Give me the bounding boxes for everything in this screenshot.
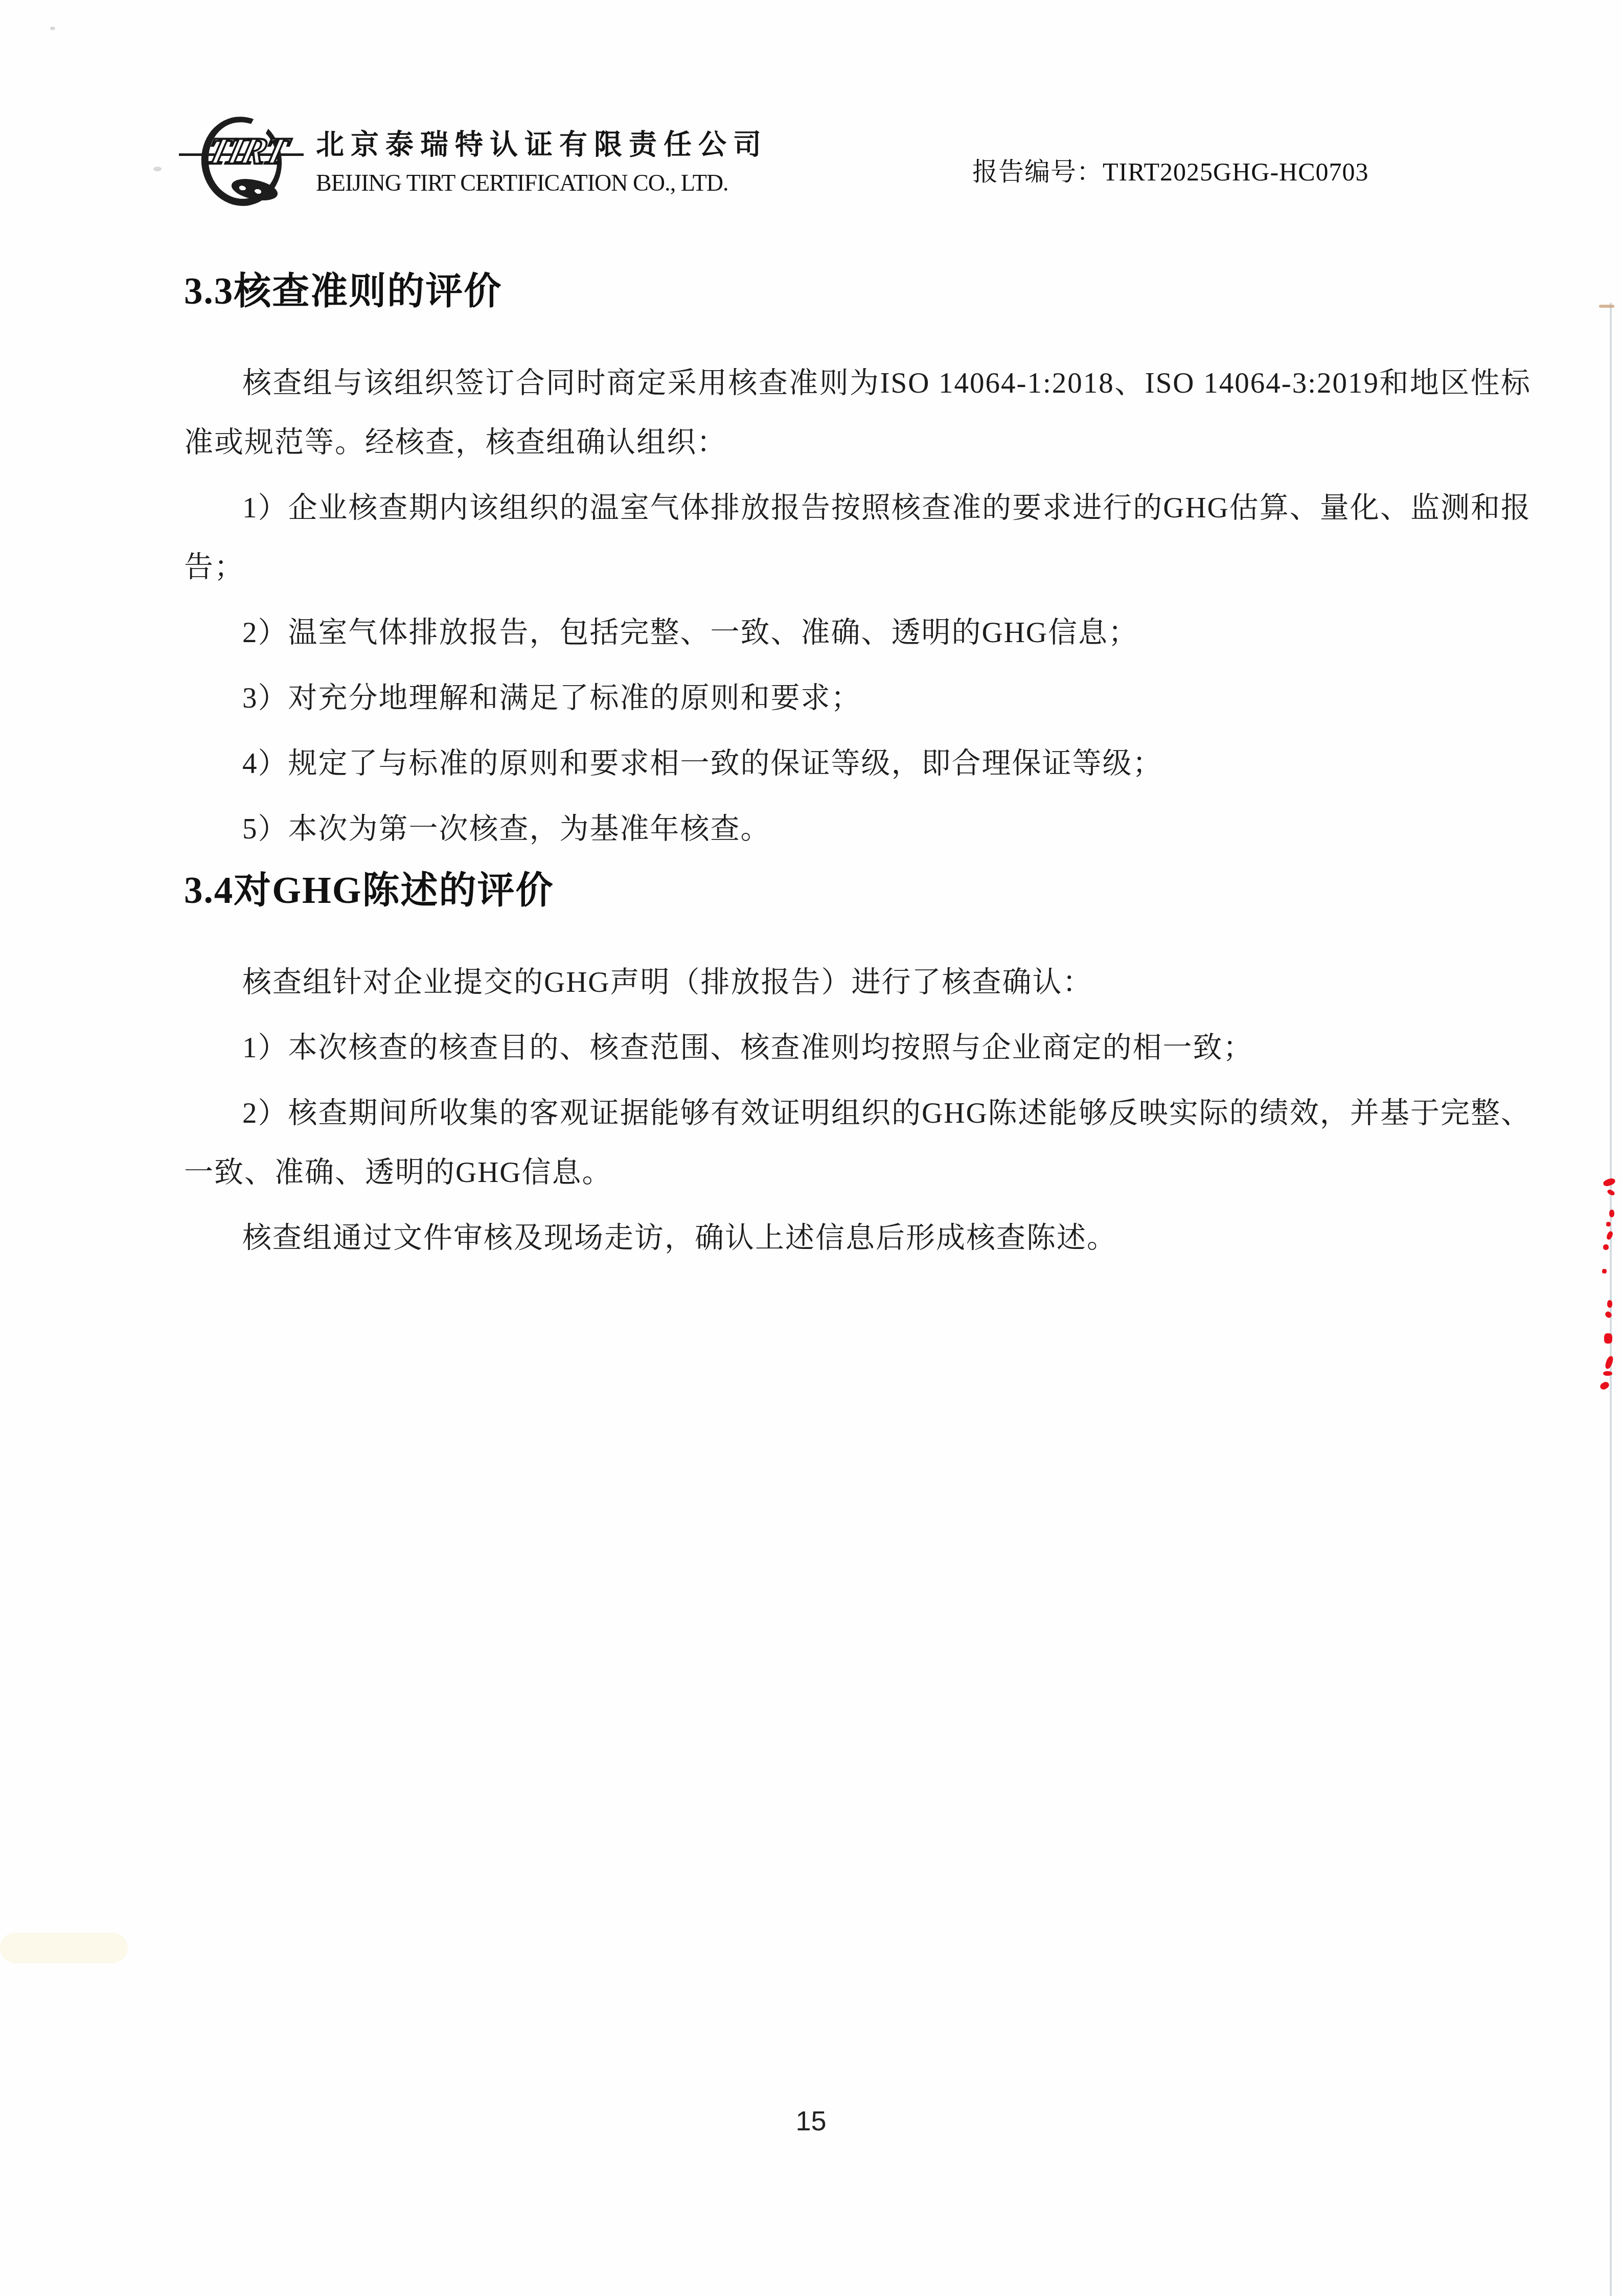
document-page: TIRT 北京泰瑞特认证有限责任公司 BEIJING TIRT CERTIFIC… (0, 0, 1622, 2296)
section-3-4-closing-paragraph: 核查组通过文件审核及现场走访，确认上述信息后形成核查陈述。 (184, 1209, 1531, 1268)
section-3-4-list-item-2: 2）核查期间所收集的客观证据能够有效证明组织的GHG陈述能够反映实际的绩效，并基… (184, 1084, 1531, 1202)
scan-smudge (0, 1933, 128, 1963)
document-body: 3.3核查准则的评价 核查组与该组织签订合同时商定采用核查准则为ISO 1406… (184, 271, 1531, 1274)
section-3-4-paragraph: 核查组针对企业提交的GHG声明（排放报告）进行了核查确认： (184, 953, 1531, 1012)
section-3-3-list-item-1: 1）企业核查期内该组织的温室气体排放报告按照核查准的要求进行的GHG估算、量化、… (184, 479, 1531, 597)
scan-speck (50, 27, 55, 30)
section-3-4-heading: 3.4对GHG陈述的评价 (184, 870, 1531, 911)
tirt-logo-icon: TIRT (198, 116, 280, 201)
seal-fragment (1603, 1177, 1616, 1188)
company-title-block: 北京泰瑞特认证有限责任公司 BEIJING TIRT CERTIFICATION… (316, 122, 768, 197)
seal-fragment (1603, 1244, 1609, 1250)
logo-wordmark: TIRT (202, 130, 278, 173)
seal-fragment (1606, 1231, 1614, 1241)
seal-fragment (1606, 1222, 1611, 1226)
seal-fragment (1599, 1381, 1610, 1391)
company-name-cn: 北京泰瑞特认证有限责任公司 (316, 122, 768, 162)
report-number: 报告编号：TIRT2025GHG-HC0703 (972, 151, 1369, 188)
report-number-label: 报告编号： (972, 157, 1103, 186)
seal-fragment (1603, 1371, 1612, 1376)
page-header: TIRT 北京泰瑞特认证有限责任公司 BEIJING TIRT CERTIFIC… (0, 0, 1622, 215)
section-3-3-list-item-2: 2）温室气体排放报告，包括完整、一致、准确、透明的GHG信息； (184, 603, 1531, 663)
seal-fragment (1602, 1269, 1607, 1274)
section-3-3-heading: 3.3核查准则的评价 (184, 271, 1531, 312)
seal-fragment (1604, 1355, 1614, 1370)
report-number-value: TIRT2025GHG-HC0703 (1103, 157, 1369, 186)
company-name-en: BEIJING TIRT CERTIFICATION CO., LTD. (316, 169, 759, 197)
seal-fragment (1607, 1300, 1612, 1308)
seal-fragment (1607, 1189, 1615, 1196)
page-number: 15 (0, 2105, 1622, 2137)
seal-fragment (1609, 1210, 1614, 1217)
section-3-3-paragraph: 核查组与该组织签订合同时商定采用核查准则为ISO 14064-1:2018、IS… (184, 354, 1531, 472)
scan-speck (153, 167, 162, 171)
seal-fragment (1604, 1333, 1612, 1344)
scan-edge-line (1610, 303, 1612, 2296)
section-3-3-list-item-3: 3）对充分地理解和满足了标准的原则和要求； (184, 669, 1531, 728)
scan-edge-tick (1599, 305, 1614, 308)
section-3-3-list-item-5: 5）本次为第一次核查，为基准年核查。 (184, 800, 1531, 859)
section-3-3-list-item-4: 4）规定了与标准的原则和要求相一致的保证等级，即合理保证等级； (184, 734, 1531, 793)
section-3-4-list-item-1: 1）本次核查的核查目的、核查范围、核查准则均按照与企业商定的相一致； (184, 1018, 1531, 1078)
